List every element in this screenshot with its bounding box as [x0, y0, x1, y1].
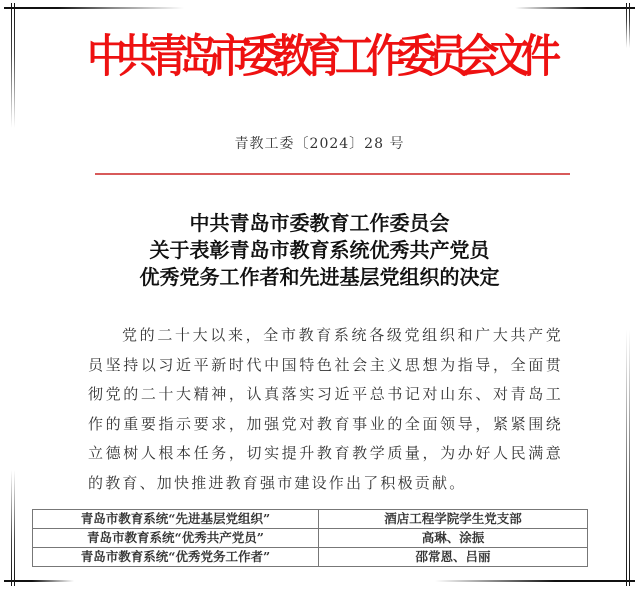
corner-mark-bottom-left-vertical — [11, 470, 12, 586]
document-title: 中共青岛市委教育工作委员会 关于表彰青岛市教育系统优秀共产党员 优秀党务工作者和… — [0, 210, 639, 291]
corner-mark-bottom-right-vertical — [626, 330, 627, 586]
award-category: 青岛市教育系统“优秀党务工作者” — [33, 548, 319, 567]
title-line-3: 优秀党务工作者和先进基层党组织的决定 — [0, 264, 639, 291]
award-category: 青岛市教育系统“先进基层党组织” — [33, 510, 319, 529]
corner-mark-top-left-horizontal — [4, 7, 184, 9]
awards-table: 青岛市教育系统“先进基层党组织” 酒店工程学院学生党支部 青岛市教育系统“优秀共… — [32, 509, 588, 567]
corner-mark-bottom-right-vertical — [629, 330, 630, 586]
table-row: 青岛市教育系统“优秀党务工作者” 邵常恩、吕丽 — [33, 548, 588, 567]
award-recipient: 高琳、涂振 — [319, 529, 588, 548]
award-category: 青岛市教育系统“优秀共产党员” — [33, 529, 319, 548]
corner-mark-bottom-right-horizontal — [435, 580, 635, 582]
corner-mark-bottom-left-vertical — [14, 470, 15, 586]
red-separator-line — [95, 173, 570, 175]
document-masthead: 中共青岛市委教育工作委员会文件 — [0, 28, 639, 86]
award-recipient: 邵常恩、吕丽 — [319, 548, 588, 567]
title-line-2: 关于表彰青岛市教育系统优秀共产党员 — [0, 237, 639, 264]
body-paragraph: 党的二十大以来，全市教育系统各级党组织和广大共产党员坚持以习近平新时代中国特色社… — [88, 321, 563, 498]
table-row: 青岛市教育系统“优秀共产党员” 高琳、涂振 — [33, 529, 588, 548]
table-row: 青岛市教育系统“先进基层党组织” 酒店工程学院学生党支部 — [33, 510, 588, 529]
title-line-1: 中共青岛市委教育工作委员会 — [0, 210, 639, 237]
document-number: 青教工委〔2024〕28 号 — [0, 134, 639, 154]
corner-mark-top-right-horizontal — [515, 7, 635, 9]
award-recipient: 酒店工程学院学生党支部 — [319, 510, 588, 529]
